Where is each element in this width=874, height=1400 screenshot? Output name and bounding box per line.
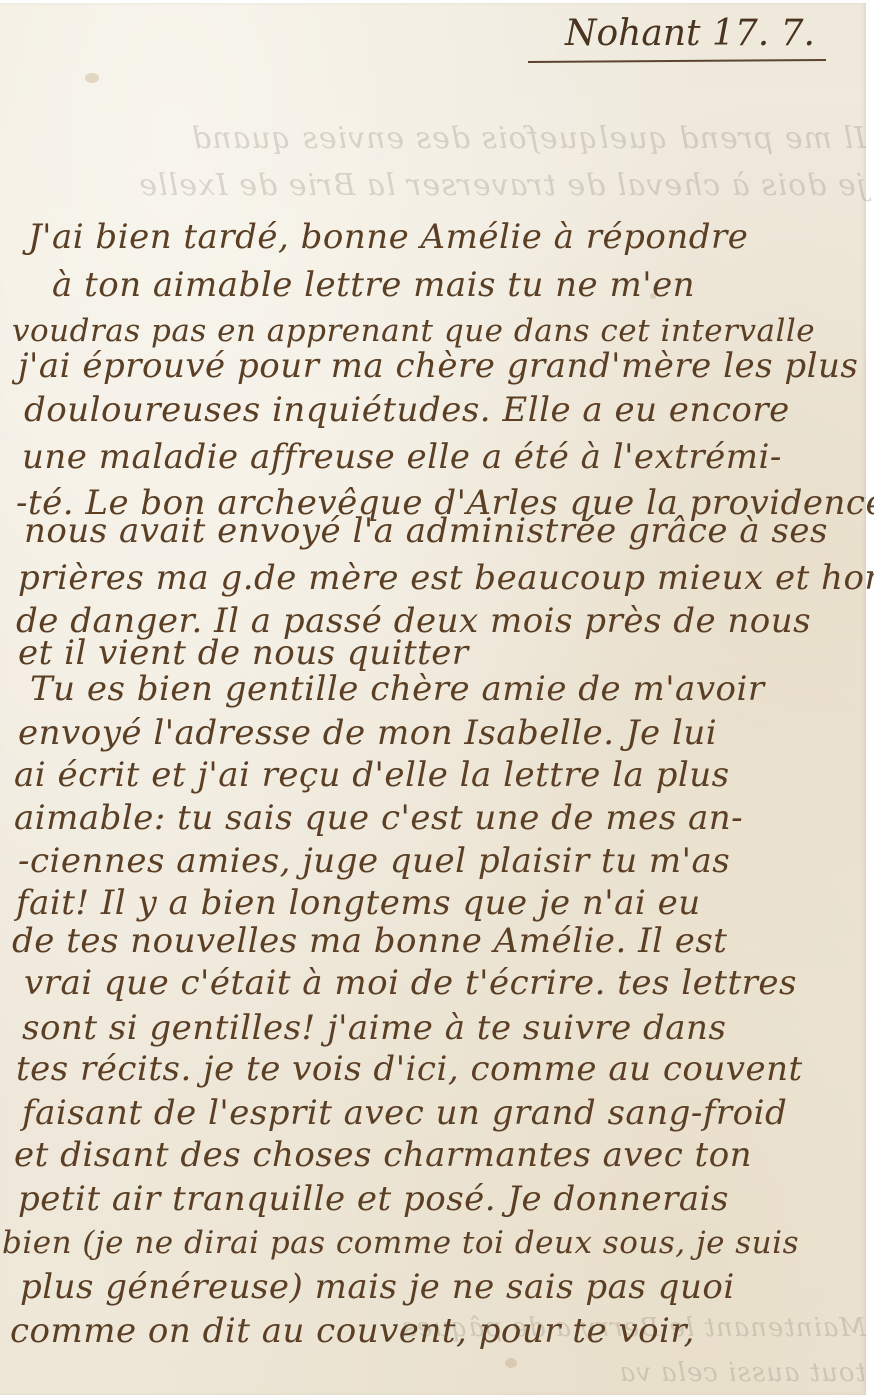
letter-line: prières ma g.de mère est beaucoup mieux … [18, 558, 874, 598]
letter-line: plus généreuse) mais je ne sais pas quoi [20, 1267, 735, 1307]
letter-line: comme on dit au couvent, pour te voir, [10, 1311, 695, 1351]
letter-line: et il vient de nous quitter [18, 633, 469, 673]
bleed-through-line: Il me prend quelquefois des envies quand [0, 121, 866, 156]
letter-line: tes récits. je te vois d'ici, comme au c… [16, 1049, 803, 1089]
letter-line: envoyé l'adresse de mon Isabelle. Je lui [18, 713, 717, 753]
paper-stain [85, 73, 99, 83]
letter-line: Tu es bien gentille chère amie de m'avoi… [30, 669, 765, 709]
letter-line: faisant de l'esprit avec un grand sang-f… [22, 1093, 787, 1133]
letter-line: et disant des choses charmantes avec ton [14, 1135, 752, 1175]
letter-line: j'ai éprouvé pour ma chère grand'mère le… [18, 346, 858, 386]
letter-line: voudras pas en apprenant que dans cet in… [12, 313, 815, 349]
letter-line: vrai que c'était à moi de t'écrire. tes … [24, 963, 797, 1003]
letter-line: bien (je ne dirai pas comme toi deux sou… [2, 1225, 799, 1261]
letter-line: J'ai bien tardé, bonne Amélie à répondre [28, 217, 748, 257]
letter-line: aimable: tu sais que c'est une de mes an… [14, 798, 743, 838]
letter-page: Il me prend quelquefois des envies quand… [0, 3, 866, 1395]
letter-line: à ton aimable lettre mais tu ne m'en [52, 265, 695, 305]
heading-underline [528, 59, 826, 63]
letter-line: de tes nouvelles ma bonne Amélie. Il est [12, 921, 727, 961]
letter-line: fait! Il y a bien longtems que je n'ai e… [16, 883, 701, 923]
bleed-through-line: je dois à cheval de traverser la Brie de… [0, 168, 866, 203]
letter-line: -ciennes amies, juge quel plaisir tu m'a… [18, 841, 730, 881]
letter-line: petit air tranquille et posé. Je donnera… [18, 1179, 729, 1219]
letter-line: sont si gentilles! j'aime à te suivre da… [22, 1008, 726, 1048]
letter-line: nous avait envoyé l'a administrée grâce … [24, 511, 828, 551]
paper-stain [505, 1358, 517, 1368]
letter-line: ai écrit et j'ai reçu d'elle la lettre l… [14, 755, 730, 795]
bleed-through-line: tout aussi cela va [0, 1358, 866, 1388]
letter-line: douloureuses inquiétudes. Elle a eu enco… [24, 390, 790, 430]
letter-line: une maladie affreuse elle a été à l'extr… [22, 437, 782, 477]
letter-heading-place-date: Nohant 17. 7. [565, 13, 815, 54]
